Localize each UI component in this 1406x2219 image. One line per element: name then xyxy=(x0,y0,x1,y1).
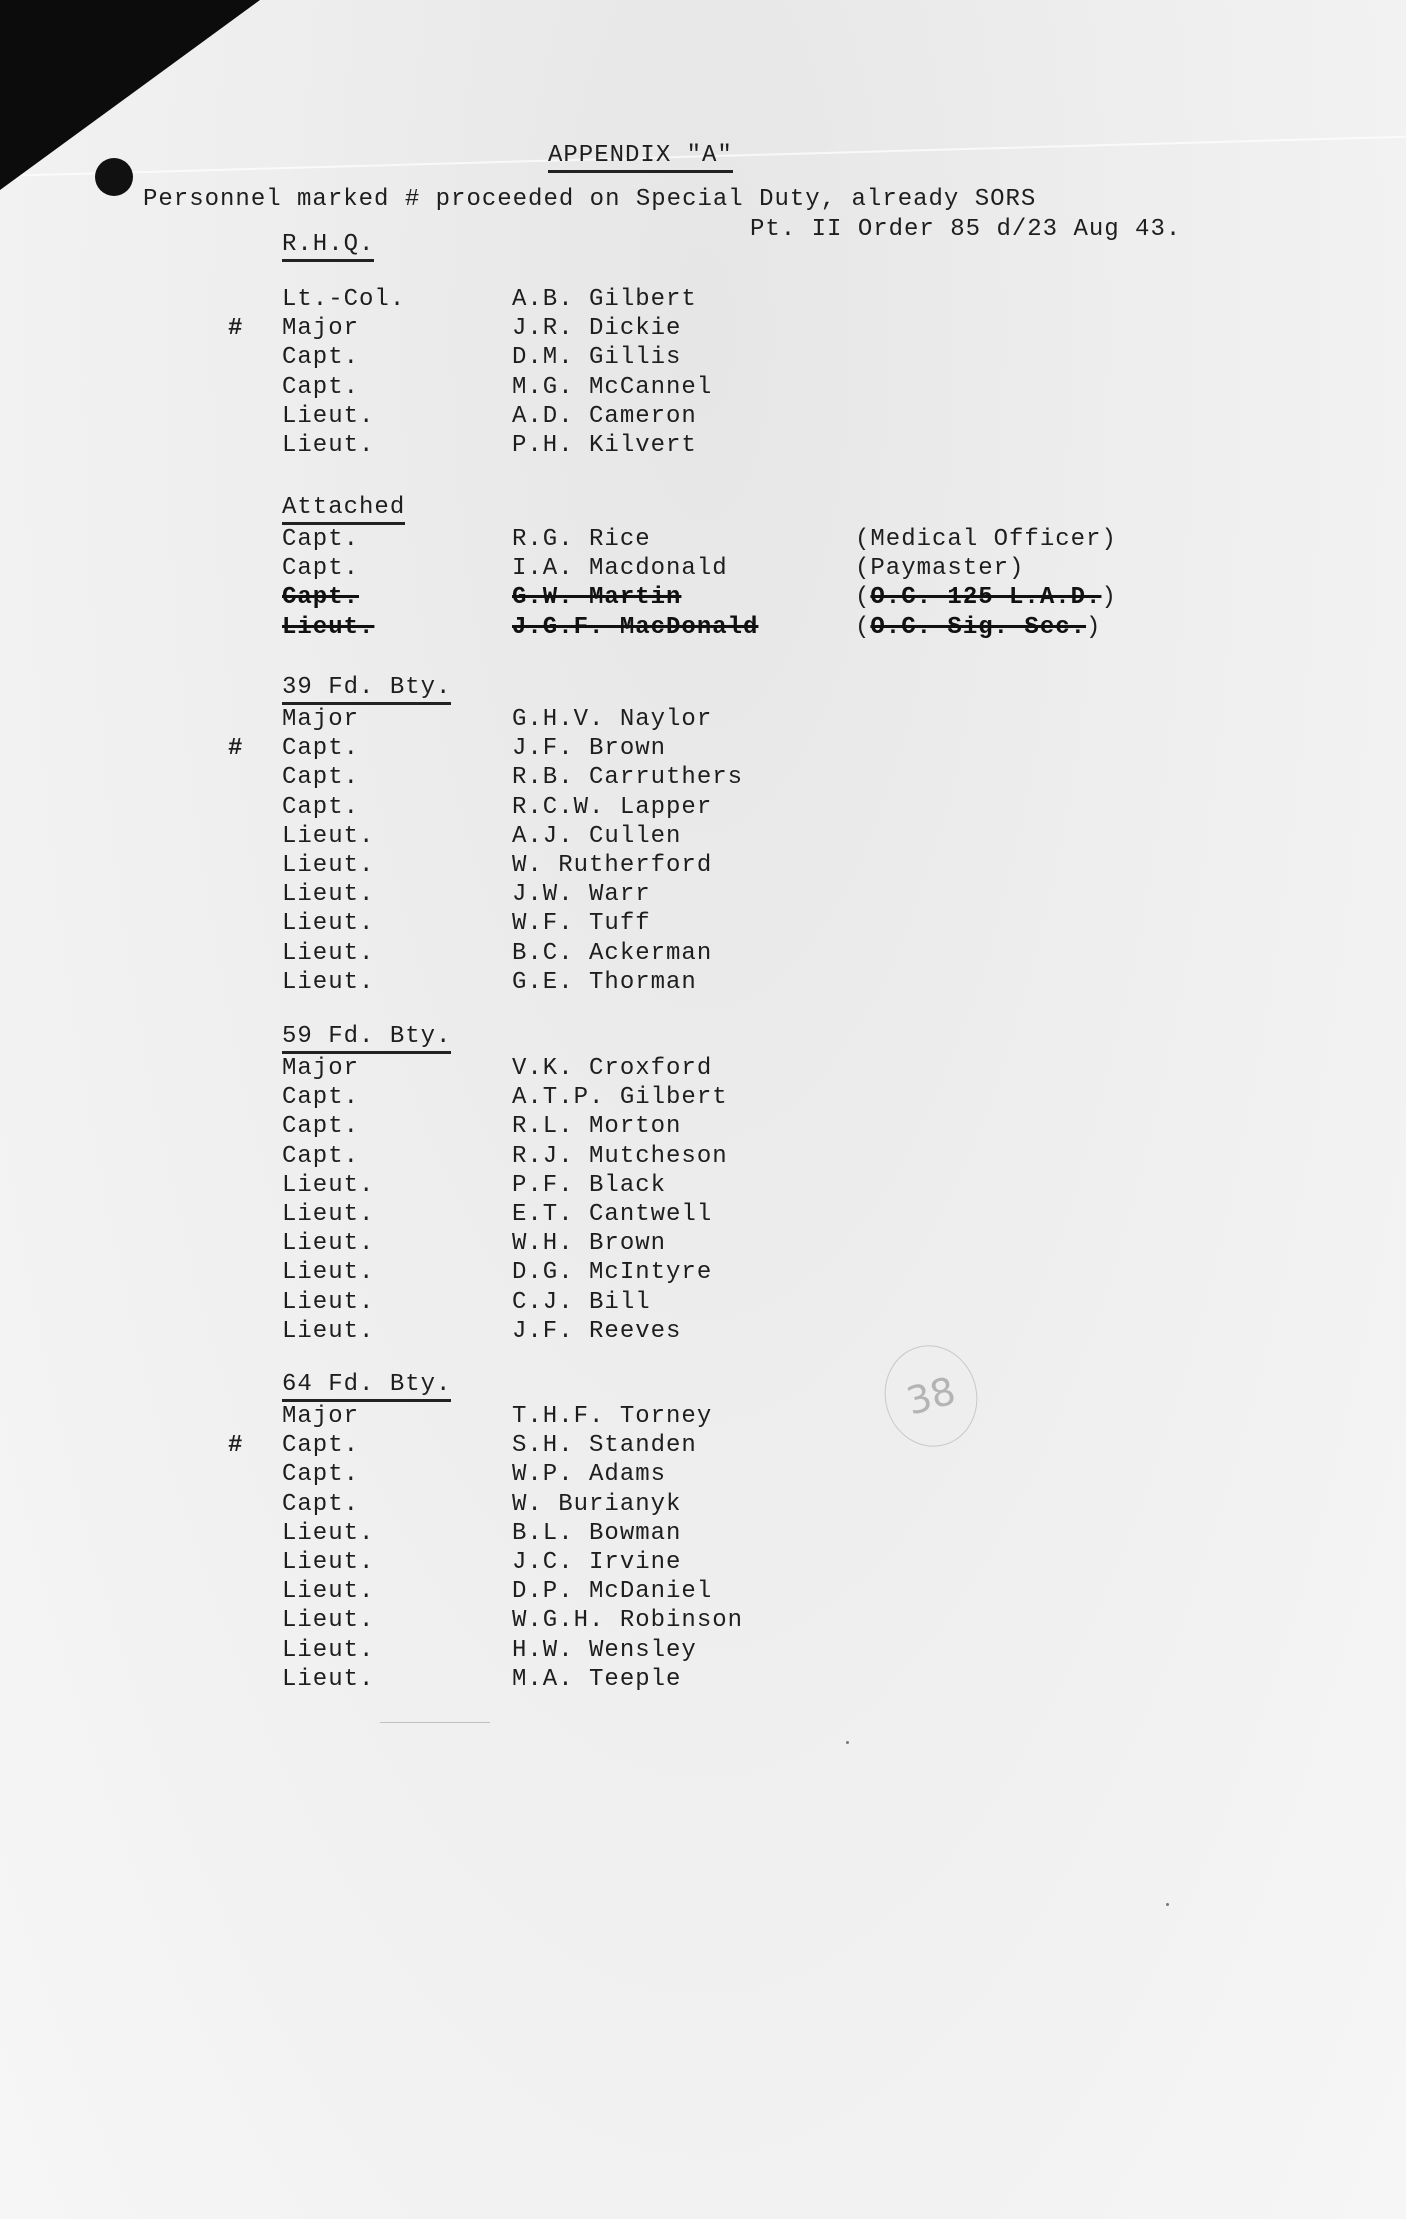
officer-rank: Major xyxy=(282,315,359,343)
special-duty-marker: # xyxy=(228,1432,242,1460)
officer-rank: Lieut. xyxy=(282,1201,374,1229)
officer-rank: Lieut. xyxy=(282,852,374,880)
officer-rank: Lieut. xyxy=(282,614,374,642)
officer-name: C.J. Bill xyxy=(512,1289,651,1317)
officer-rank: Capt. xyxy=(282,526,359,554)
officer-name: P.H. Kilvert xyxy=(512,432,697,460)
officer-name: M.G. McCannel xyxy=(512,374,712,402)
officer-name: J.G.F. MacDonald xyxy=(512,614,758,642)
section-heading: Attached xyxy=(282,494,405,525)
officer-rank: Lieut. xyxy=(282,823,374,851)
officer-name: W. Rutherford xyxy=(512,852,712,880)
officer-name: W.H. Brown xyxy=(512,1230,666,1258)
speck xyxy=(846,1741,849,1744)
officer-rank: Lieut. xyxy=(282,1549,374,1577)
officer-name: D.G. McIntyre xyxy=(512,1259,712,1287)
officer-role-note: (Medical Officer) xyxy=(855,526,1117,554)
officer-name: V.K. Croxford xyxy=(512,1055,712,1083)
officer-name: D.P. McDaniel xyxy=(512,1578,712,1606)
officer-name: G.W. Martin xyxy=(512,584,681,612)
officer-name: W.G.H. Robinson xyxy=(512,1607,743,1635)
officer-name: J.R. Dickie xyxy=(512,315,681,343)
officer-rank: Capt. xyxy=(282,1491,359,1519)
officer-rank: Lieut. xyxy=(282,1666,374,1694)
section-heading: 39 Fd. Bty. xyxy=(282,674,451,705)
officer-rank: Lieut. xyxy=(282,1637,374,1665)
officer-rank: Capt. xyxy=(282,1461,359,1489)
officer-rank: Lieut. xyxy=(282,1289,374,1317)
officer-rank: Capt. xyxy=(282,735,359,763)
officer-rank: Lt.-Col. xyxy=(282,286,405,314)
officer-name: D.M. Gillis xyxy=(512,344,681,372)
officer-rank: Capt. xyxy=(282,1143,359,1171)
officer-rank: Lieut. xyxy=(282,1318,374,1346)
punch-hole xyxy=(95,158,133,196)
officer-name: I.A. Macdonald xyxy=(512,555,728,583)
officer-name: G.E. Thorman xyxy=(512,969,697,997)
officer-name: J.C. Irvine xyxy=(512,1549,681,1577)
officer-name: M.A. Teeple xyxy=(512,1666,681,1694)
officer-name: R.L. Morton xyxy=(512,1113,681,1141)
officer-name: J.W. Warr xyxy=(512,881,651,909)
officer-rank: Lieut. xyxy=(282,1520,374,1548)
officer-name: P.F. Black xyxy=(512,1172,666,1200)
officer-rank: Capt. xyxy=(282,584,359,612)
officer-name: W. Burianyk xyxy=(512,1491,681,1519)
officer-rank: Capt. xyxy=(282,764,359,792)
officer-rank: Capt. xyxy=(282,794,359,822)
officer-name: A.T.P. Gilbert xyxy=(512,1084,728,1112)
officer-name: A.J. Cullen xyxy=(512,823,681,851)
officer-name: A.B. Gilbert xyxy=(512,286,697,314)
officer-rank: Lieut. xyxy=(282,1607,374,1635)
officer-rank: Capt. xyxy=(282,1084,359,1112)
officer-rank: Lieut. xyxy=(282,1259,374,1287)
officer-name: J.F. Reeves xyxy=(512,1318,681,1346)
officer-name: R.B. Carruthers xyxy=(512,764,743,792)
order-reference: Pt. II Order 85 d/23 Aug 43. xyxy=(750,216,1181,244)
officer-name: R.G. Rice xyxy=(512,526,651,554)
officer-rank: Major xyxy=(282,1403,359,1431)
officer-rank: Lieut. xyxy=(282,1172,374,1200)
officer-name: A.D. Cameron xyxy=(512,403,697,431)
officer-name: W.F. Tuff xyxy=(512,910,651,938)
officer-name: W.P. Adams xyxy=(512,1461,666,1489)
officer-role-note: (O.C. 125 L.A.D.) xyxy=(855,584,1117,612)
officer-rank: Lieut. xyxy=(282,881,374,909)
officer-rank: Capt. xyxy=(282,1432,359,1460)
officer-name: E.T. Cantwell xyxy=(512,1201,712,1229)
officer-rank: Capt. xyxy=(282,374,359,402)
officer-name: R.J. Mutcheson xyxy=(512,1143,728,1171)
officer-rank: Lieut. xyxy=(282,1230,374,1258)
faint-rule xyxy=(380,1722,490,1723)
section-heading: R.H.Q. xyxy=(282,231,374,262)
officer-name: B.L. Bowman xyxy=(512,1520,681,1548)
officer-rank: Lieut. xyxy=(282,1578,374,1606)
officer-rank: Capt. xyxy=(282,344,359,372)
officer-rank: Major xyxy=(282,1055,359,1083)
document-title: APPENDIX "A" xyxy=(548,142,733,173)
special-duty-marker: # xyxy=(228,315,242,343)
officer-name: H.W. Wensley xyxy=(512,1637,697,1665)
officer-rank: Lieut. xyxy=(282,432,374,460)
officer-rank: Lieut. xyxy=(282,969,374,997)
special-duty-marker: # xyxy=(228,735,242,763)
officer-rank: Capt. xyxy=(282,1113,359,1141)
officer-role-note: (O.C. Sig. Sec.) xyxy=(855,614,1101,642)
officer-name: R.C.W. Lapper xyxy=(512,794,712,822)
officer-name: S.H. Standen xyxy=(512,1432,697,1460)
officer-role-note: (Paymaster) xyxy=(855,555,1024,583)
officer-name: T.H.F. Torney xyxy=(512,1403,712,1431)
section-heading: 64 Fd. Bty. xyxy=(282,1371,451,1402)
officer-name: B.C. Ackerman xyxy=(512,940,712,968)
officer-rank: Major xyxy=(282,706,359,734)
document-subtitle: Personnel marked # proceeded on Special … xyxy=(143,186,1036,214)
speck xyxy=(1166,1903,1169,1906)
officer-name: J.F. Brown xyxy=(512,735,666,763)
officer-rank: Lieut. xyxy=(282,403,374,431)
officer-name: G.H.V. Naylor xyxy=(512,706,712,734)
officer-rank: Lieut. xyxy=(282,910,374,938)
section-heading: 59 Fd. Bty. xyxy=(282,1023,451,1054)
officer-rank: Capt. xyxy=(282,555,359,583)
officer-rank: Lieut. xyxy=(282,940,374,968)
